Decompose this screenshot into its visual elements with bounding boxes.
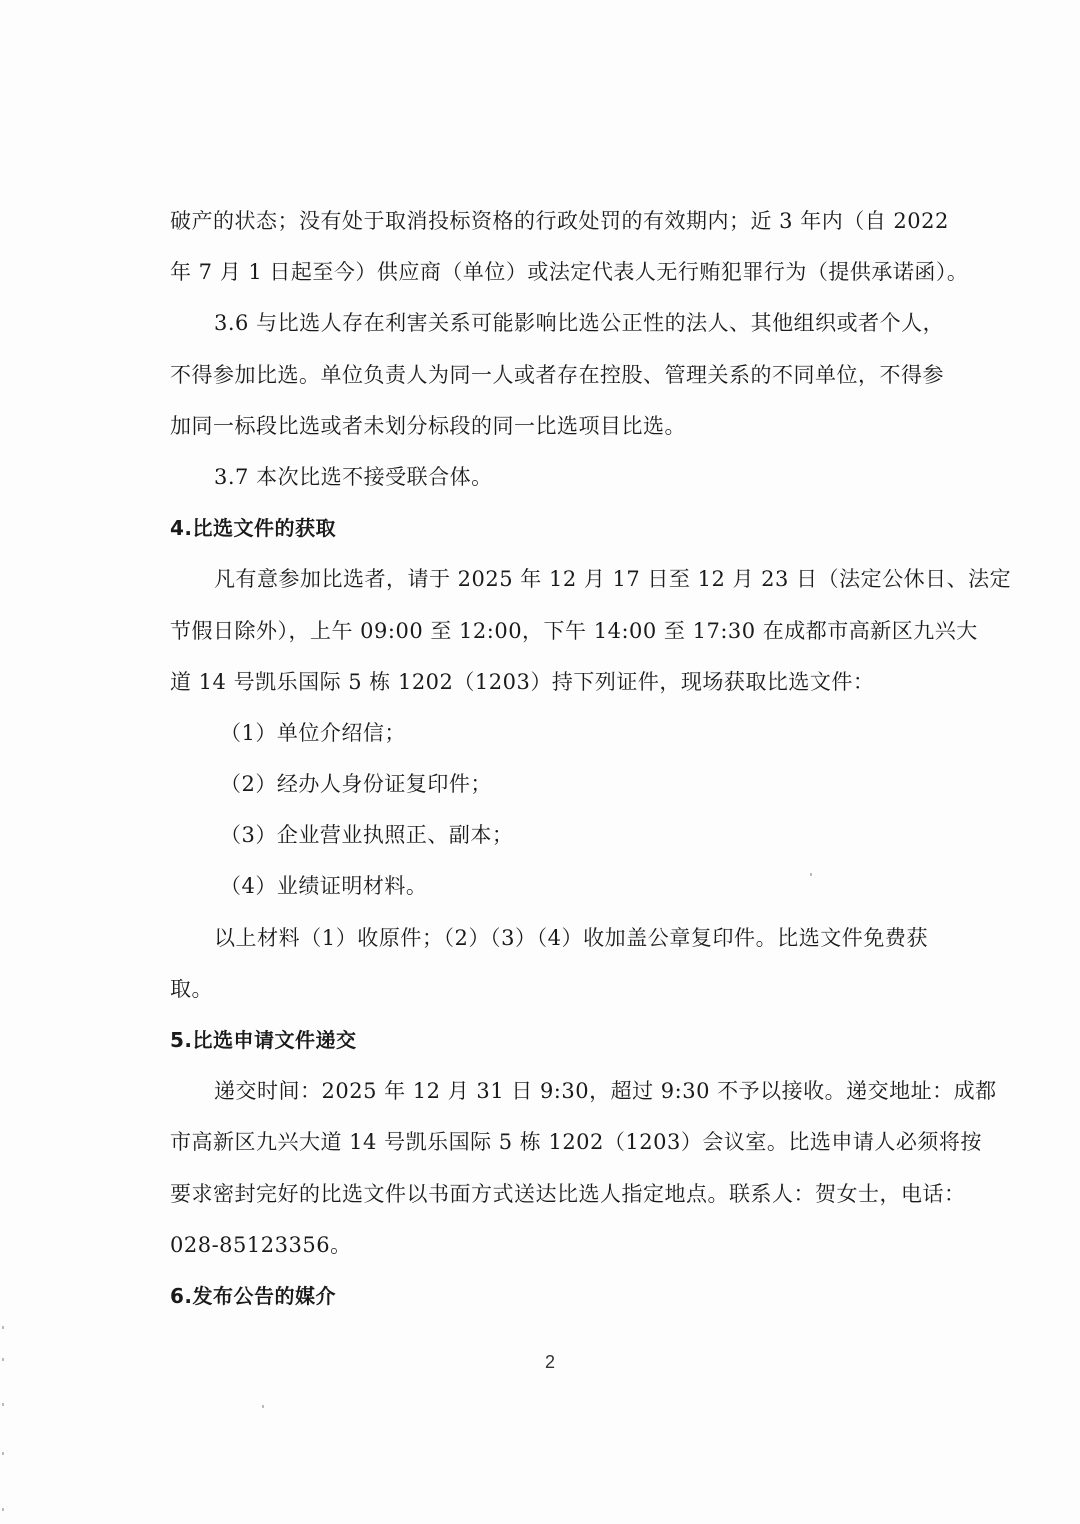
text-line: 3.6 与比选人存在利害关系可能影响比选公正性的法人、其他组织或者个人， [170,298,928,349]
section-heading-6: 6.发布公告的媒介 [170,1271,928,1322]
list-item: （1）单位介绍信； [170,708,928,759]
text-line: 要求密封完好的比选文件以书面方式送达比选人指定地点。联系人：贺女士，电话： [170,1169,928,1220]
text-line: 破产的状态；没有处于取消投标资格的行政处罚的有效期内；近 3 年内（自 2022 [170,196,928,247]
text-line: 市高新区九兴大道 14 号凯乐国际 5 栋 1202（1203）会议室。比选申请… [170,1117,928,1168]
section-heading-4: 4.比选文件的获取 [170,503,928,554]
page-number: 2 [0,1352,1080,1373]
paragraph-clause-3-7: 3.7 本次比选不接受联合体。 [170,452,928,503]
text-line: 取。 [170,964,928,1015]
list-item: （3）企业营业执照正、副本； [170,810,928,861]
text-line: 节假日除外），上午 09:00 至 12:00，下午 14:00 至 17:30… [170,606,928,657]
paragraph-document-acquisition: 凡有意参加比选者，请于 2025 年 12 月 17 日至 12 月 23 日（… [170,554,928,708]
scan-artifact [2,1403,4,1406]
text-line: 递交时间：2025 年 12 月 31 日 9:30，超过 9:30 不予以接收… [170,1066,928,1117]
paragraph-materials-note: 以上材料（1）收原件；（2）（3）（4）收加盖公章复印件。比选文件免费获 取。 [170,913,928,1015]
section-heading-5: 5.比选申请文件递交 [170,1015,928,1066]
text-line: 不得参加比选。单位负责人为同一人或者存在控股、管理关系的不同单位，不得参 [170,350,928,401]
text-line: 以上材料（1）收原件；（2）（3）（4）收加盖公章复印件。比选文件免费获 [170,913,928,964]
scan-artifact [2,1508,4,1511]
list-item: （2）经办人身份证复印件； [170,759,928,810]
scan-artifact [2,1326,4,1329]
paragraph-submission: 递交时间：2025 年 12 月 31 日 9:30，超过 9:30 不予以接收… [170,1066,928,1271]
paragraph-clause-3-6: 3.6 与比选人存在利害关系可能影响比选公正性的法人、其他组织或者个人， 不得参… [170,298,928,452]
required-documents-list: （1）单位介绍信； （2）经办人身份证复印件； （3）企业营业执照正、副本； （… [170,708,928,913]
scan-artifact [262,1405,264,1408]
text-line: 年 7 月 1 日起至今）供应商（单位）或法定代表人无行贿犯罪行为（提供承诺函）… [170,247,928,298]
scan-artifact [2,1452,4,1455]
text-line: 凡有意参加比选者，请于 2025 年 12 月 17 日至 12 月 23 日（… [170,554,928,605]
text-line: 3.7 本次比选不接受联合体。 [170,452,928,503]
text-line: 加同一标段比选或者未划分标段的同一比选项目比选。 [170,401,928,452]
document-body: 破产的状态；没有处于取消投标资格的行政处罚的有效期内；近 3 年内（自 2022… [170,196,928,1322]
paragraph-qualification-continued: 破产的状态；没有处于取消投标资格的行政处罚的有效期内；近 3 年内（自 2022… [170,196,928,298]
text-line: 道 14 号凯乐国际 5 栋 1202（1203）持下列证件，现场获取比选文件： [170,657,928,708]
list-item: （4）业绩证明材料。 [170,861,928,912]
scan-artifact [810,873,812,876]
document-page: 破产的状态；没有处于取消投标资格的行政处罚的有效期内；近 3 年内（自 2022… [0,0,1080,1524]
scan-artifact [2,1358,4,1361]
contact-phone-line: 028-85123356。 [170,1220,928,1271]
